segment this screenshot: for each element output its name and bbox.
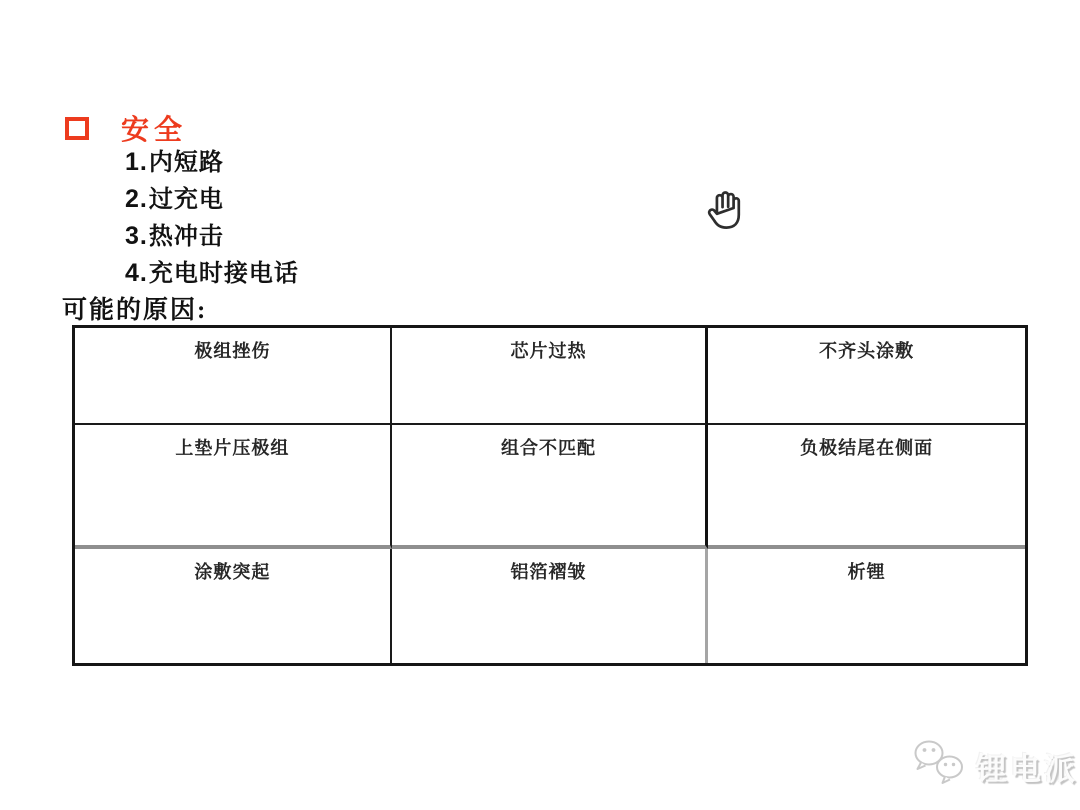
causes-table: 极组挫伤 芯片过热 不齐头涂敷 上垫片压极组 组合不匹配 负极结尾在侧面 涂敷突…	[72, 325, 1028, 666]
list-item-number: 2.	[125, 185, 148, 213]
page-title: 安全	[121, 108, 187, 148]
table-cell: 上垫片压极组	[75, 425, 392, 549]
list-item-text: 充电时接电话	[149, 261, 299, 287]
list-item-number: 4.	[125, 259, 148, 287]
table-cell: 析锂	[708, 549, 1025, 663]
list-item-text: 过充电	[149, 187, 224, 213]
list-item: 4.充电时接电话	[125, 255, 299, 292]
list-item-number: 3.	[125, 222, 148, 250]
safety-issues-list: 1.内短路 2.过充电 3.热冲击 4.充电时接电话	[125, 144, 299, 292]
grab-hand-cursor-icon	[698, 183, 750, 233]
table-cell: 极组挫伤	[75, 328, 392, 425]
list-item-text: 热冲击	[149, 224, 224, 250]
list-item: 2.过充电	[125, 181, 299, 218]
table-cell: 组合不匹配	[392, 425, 709, 549]
list-item: 3.热冲击	[125, 218, 299, 255]
brand-watermark: 锂电派	[976, 744, 1078, 789]
table-cell: 负极结尾在侧面	[708, 425, 1025, 549]
table-cell: 铝箔褶皱	[392, 549, 709, 663]
wechat-chat-bubbles-icon	[912, 738, 970, 788]
list-item: 1.内短路	[125, 144, 299, 181]
table-cell: 芯片过热	[392, 328, 709, 425]
red-square-bullet-icon	[65, 117, 89, 140]
table-cell: 涂敷突起	[75, 549, 392, 663]
table-cell: 不齐头涂敷	[708, 328, 1025, 425]
causes-label: 可能的原因:	[62, 290, 207, 326]
list-item-number: 1.	[125, 148, 148, 176]
list-item-text: 内短路	[149, 150, 224, 176]
